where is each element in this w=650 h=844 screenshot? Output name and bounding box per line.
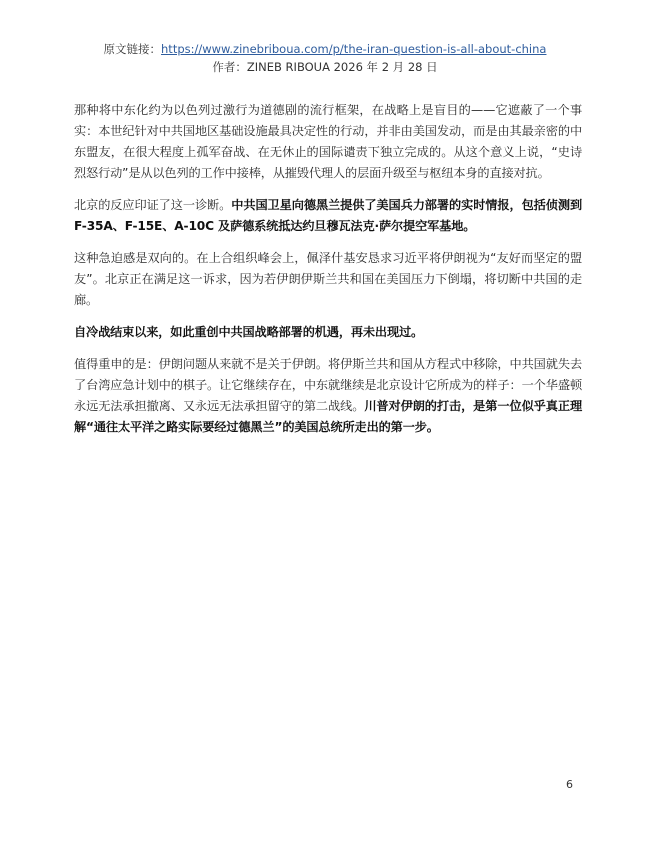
document-body: 那种将中东化约为以色列过激行为道德剧的流行框架，在战略上是盲目的——它遮蔽了一个… <box>74 100 582 449</box>
paragraph-3: 这种急迫感是双向的。在上合组织峰会上，佩泽什基安恳求习近平将伊朗视为“友好而坚定… <box>74 248 582 311</box>
paragraph-2: 北京的反应印证了这一诊断。中共国卫星向德黑兰提供了美国兵力部署的实时情报，包括侦… <box>74 195 582 237</box>
document-header: 原文链接：https://www.zinebriboua.com/p/the-i… <box>0 40 650 76</box>
author-line: 作者：ZINEB RIBOUA 2026 年 2 月 28 日 <box>0 58 650 76</box>
page-number: 6 <box>566 778 573 791</box>
source-label: 原文链接： <box>104 42 162 56</box>
source-link[interactable]: https://www.zinebriboua.com/p/the-iran-q… <box>161 42 546 56</box>
paragraph-text: 北京的反应印证了这一诊断。 <box>74 198 231 212</box>
paragraph-text: 这种急迫感是双向的。在上合组织峰会上，佩泽什基安恳求习近平将伊朗视为“友好而坚定… <box>74 251 582 307</box>
paragraph-4: 自冷战结束以来，如此重创中共国战略部署的机遇，再未出现过。 <box>74 322 582 343</box>
source-line: 原文链接：https://www.zinebriboua.com/p/the-i… <box>0 40 650 58</box>
paragraph-text: 那种将中东化约为以色列过激行为道德剧的流行框架，在战略上是盲目的——它遮蔽了一个… <box>74 103 582 180</box>
paragraph-bold-text: 自冷战结束以来，如此重创中共国战略部署的机遇，再未出现过。 <box>74 325 423 339</box>
paragraph-1: 那种将中东化约为以色列过激行为道德剧的流行框架，在战略上是盲目的——它遮蔽了一个… <box>74 100 582 184</box>
paragraph-5: 值得重申的是：伊朗问题从来就不是关于伊朗。将伊斯兰共和国从方程式中移除，中共国就… <box>74 354 582 438</box>
